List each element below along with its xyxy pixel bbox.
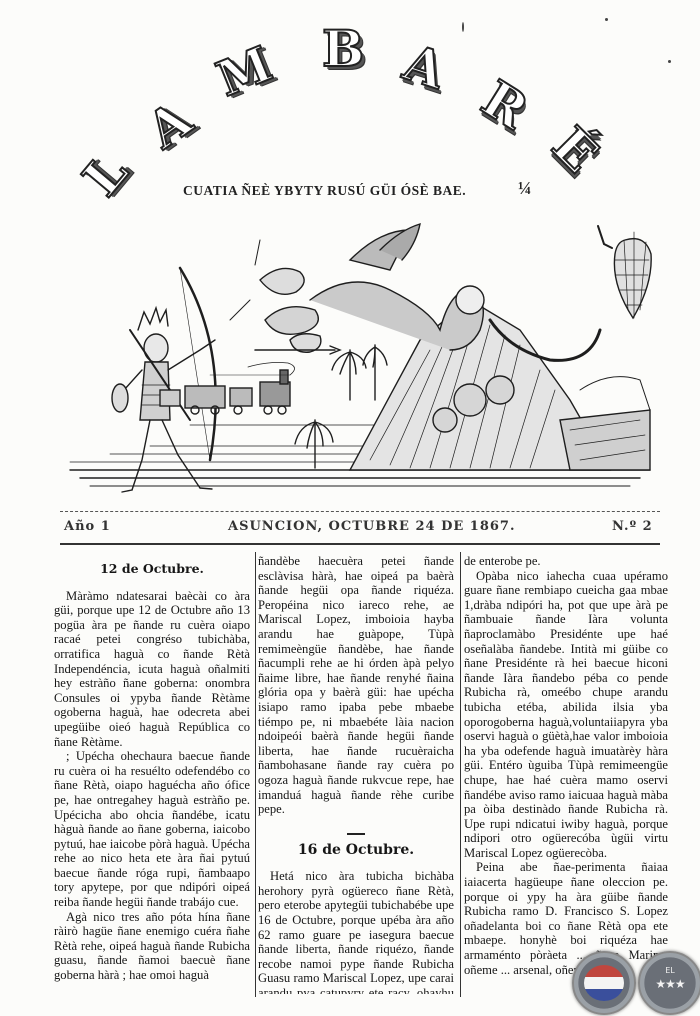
column-3: de enterobe pe. Opàba nico iahecha cuaa … (464, 554, 668, 994)
paragraph: ñandèbe haecuèra petei ñande esclàvisa h… (258, 554, 454, 817)
article-heading-16-octubre: 16 de Octubre. (258, 843, 454, 858)
dateline-bar: Año 1 ASUNCION, OCTUBRE 24 DE 1867. N.º … (60, 507, 660, 545)
masthead-letter-e: É (544, 119, 606, 181)
watermark-seals: EL ★★★ (572, 951, 700, 1013)
paragraph: de enterobe pe. (464, 554, 668, 569)
masthead-letter-r: R (474, 73, 536, 137)
masthead-letter-l: L (75, 145, 136, 204)
section-rule (347, 833, 365, 835)
masthead-letter-m: M (211, 40, 278, 104)
article-heading-12-octubre: 12 de Octubre. (54, 562, 250, 577)
column-1: 12 de Octubre. Màràmo ndatesarai baècài … (54, 552, 250, 992)
paragraph: ; Upécha ohechaura baecue ñande ru cuèra… (54, 749, 250, 910)
dragon-icon (230, 224, 600, 360)
train-icon (160, 363, 295, 415)
stars-icon: ★★★ (640, 977, 700, 992)
paraguay-flag-seal-icon (572, 951, 636, 1015)
seal-label: EL (640, 966, 700, 975)
paragraph: Hetá nico àra tubicha bichàba herohory p… (258, 869, 454, 994)
balloon-icon (598, 226, 651, 318)
masthead-letter-b: B (322, 24, 364, 74)
article-columns: 12 de Octubre. Màràmo ndatesarai baècài … (50, 552, 690, 1016)
issue-number: N.º 2 (612, 519, 653, 534)
paragraph: Màràmo ndatesarai baècài co àra güi, por… (54, 589, 250, 750)
column-divider (460, 552, 461, 997)
column-2: ñandèbe haecuèra petei ñande esclàvisa h… (258, 554, 454, 994)
dateline-rule-top (60, 511, 660, 512)
bow-icon (180, 268, 216, 460)
column-divider (255, 552, 256, 997)
masthead-subtitle-mark: ¼ (518, 178, 532, 199)
three-stars-seal-icon: EL ★★★ (638, 951, 700, 1015)
place-date: ASUNCION, OCTUBRE 24 DE 1867. (228, 519, 516, 534)
masthead-letter-a2: A (398, 37, 450, 97)
newspaper-page: L A M B A R É CUATIA ÑEÈ YBYTY RUSÚ GÜI … (0, 0, 700, 1016)
paragraph: Agà nico tres año póta hína ñane ràirò h… (54, 910, 250, 983)
masthead: L A M B A R É CUATIA ÑEÈ YBYTY RUSÚ GÜI … (0, 0, 700, 215)
paragraph: Opàba nico iahecha cuaa upéramo guare ña… (464, 569, 668, 861)
masthead-subtitle: CUATIA ÑEÈ YBYTY RUSÚ GÜI ÓSÈ BAE. (183, 183, 466, 199)
woodcut-illustration (50, 220, 660, 500)
masthead-letter-a: A (139, 93, 199, 156)
volume-label: Año 1 (64, 519, 111, 534)
dateline-rule-bottom (60, 543, 660, 545)
